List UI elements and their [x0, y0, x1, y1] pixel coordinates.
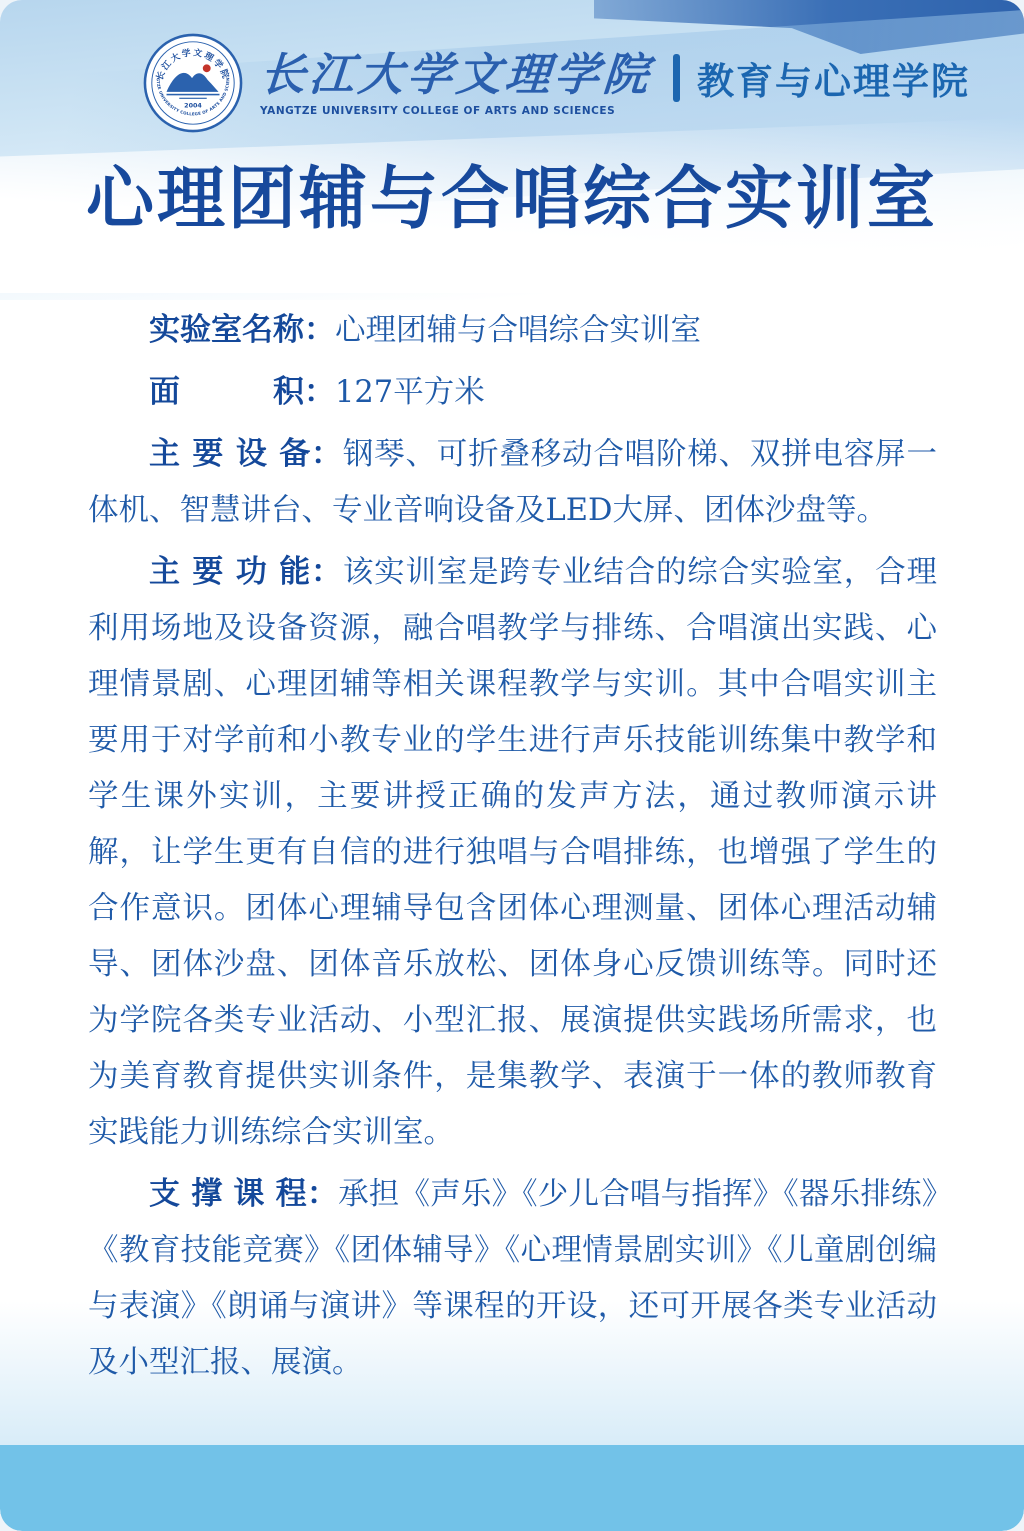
- header: 长江大学文理学院 2004 YANGTZE UNIVERSITY COLLEGE…: [142, 32, 970, 134]
- department-name: 教育与心理学院: [697, 51, 970, 105]
- courses-label: 支 撑 课 程：: [149, 1176, 338, 1212]
- lab-description: 实验室名称：心理团辅与合唱综合实训室 面 积：127平方米 主 要 设 备：钢琴…: [88, 302, 937, 1396]
- university-name-en: YANGTZE UNIVERSITY COLLEGE OF ARTS AND S…: [260, 105, 652, 117]
- university-seal-icon: 长江大学文理学院 2004 YANGTZE UNIVERSITY COLLEGE…: [142, 32, 244, 134]
- lab-name-label: 实验室名称：: [149, 312, 335, 348]
- lab-name-value: 心理团辅与合唱综合实训室: [335, 313, 701, 348]
- functions-paragraph: 主 要 功 能：该实训室是跨专业结合的综合实验室，合理利用场地及设备资源，融合唱…: [88, 544, 937, 1161]
- equipment-paragraph: 主 要 设 备：钢琴、可折叠移动合唱阶梯、双拼电容屏一体机、智慧讲台、专业音响设…: [88, 426, 937, 539]
- header-divider-bar: [673, 54, 680, 102]
- seal-sun-icon: [203, 64, 211, 72]
- equipment-label: 主 要 设 备：: [149, 436, 343, 472]
- seal-year: 2004: [184, 102, 202, 110]
- bottom-blue-band: [0, 1445, 1024, 1531]
- page-title: 心理团辅与合唱综合实训室: [0, 156, 1024, 242]
- courses-paragraph: 支 撑 课 程：承担《声乐》《少儿合唱与指挥》《器乐排练》《教育技能竞赛》《团体…: [88, 1166, 937, 1391]
- functions-label: 主 要 功 能：: [149, 554, 343, 590]
- functions-text: 该实训室是跨专业结合的综合实验室，合理利用场地及设备资源，融合唱教学与排练、合唱…: [88, 555, 937, 1150]
- area-label: 面 积：: [149, 374, 335, 410]
- university-name-cn: 长江大学文理学院: [258, 50, 654, 100]
- area-value: 127平方米: [335, 375, 485, 410]
- university-name-block: 长江大学文理学院 YANGTZE UNIVERSITY COLLEGE OF A…: [260, 50, 652, 117]
- lab-info-poster: 长江大学文理学院 2004 YANGTZE UNIVERSITY COLLEGE…: [0, 0, 1024, 1531]
- lab-name-row: 实验室名称：心理团辅与合唱综合实训室: [88, 302, 937, 359]
- area-row: 面 积：127平方米: [88, 364, 937, 421]
